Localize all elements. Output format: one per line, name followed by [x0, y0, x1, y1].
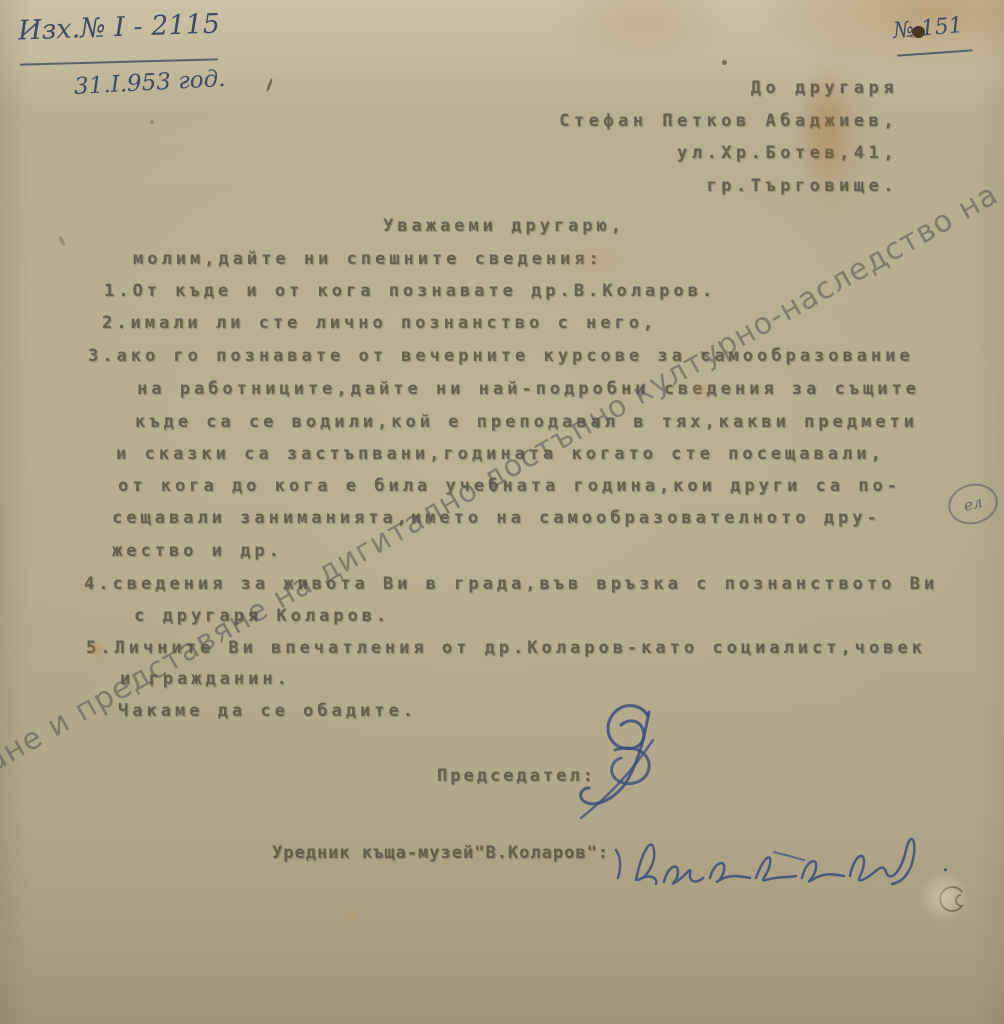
ref-date-handwritten: 31.I.953 год.: [73, 66, 226, 100]
circled-margin-note: ел: [944, 479, 1002, 530]
body-line: на работниците,дайте ни най-подробни све…: [137, 379, 920, 399]
doc-number-handwritten: № 151: [892, 13, 964, 44]
circled-note-text: ел: [962, 493, 984, 515]
ref-number-underline: [20, 58, 218, 65]
body-line: къде са се водили,кой е преподавал в тях…: [135, 412, 918, 432]
speck: [910, 34, 914, 38]
scanned-letter-document: { "header": { "ref_number": "Изх.№ I - 2…: [0, 0, 1004, 1024]
recipient-line: ул.Хр.Ботев,41,: [559, 137, 898, 170]
speck: [722, 60, 727, 65]
body-line-item1: 1.От къде и от кога познавате др.В.Колар…: [104, 281, 716, 301]
body-line: от кога до кога е била учебната година,к…: [118, 476, 901, 496]
curator-signature: [606, 816, 956, 901]
corner-curl-mark: [932, 880, 972, 920]
recipient-address: До другаря Стефан Петков Абаджиев, ул.Хр…: [559, 72, 898, 202]
body-line: сещавали заниманията,името на самообразо…: [112, 508, 881, 528]
salutation: Уважаеми другарю,: [383, 216, 625, 236]
closing-line: Чакаме да се обадите.: [118, 701, 417, 721]
speck: [150, 120, 154, 124]
body-line-item3: 3.ако го познавате от вечерните курсове …: [88, 346, 914, 366]
body-line-item4: 4.сведения за живота Ви в града,във връз…: [84, 574, 938, 594]
recipient-line: Стефан Петков Абаджиев,: [559, 105, 898, 138]
body-line: с другаря Коларов.: [134, 606, 390, 626]
body-line-item2: 2.имали ли сте лично познанство с него,: [102, 313, 657, 333]
curator-label: Уредник къща-музей"В.Коларов":: [272, 843, 609, 863]
body-line: жество и др.: [112, 541, 283, 561]
recipient-line: гр.Търговище.: [559, 170, 898, 203]
recipient-line: До другаря: [559, 72, 898, 105]
president-signature: [545, 698, 695, 828]
speck: [58, 236, 66, 247]
stain: [342, 908, 358, 922]
signature-period: .: [942, 852, 949, 877]
body-line: и сказки са застъпвани,годината когато с…: [116, 444, 885, 464]
intro-line: молим,дайте ни спешните сведения:: [133, 249, 603, 269]
ref-number-handwritten: Изх.№ I - 2115: [18, 8, 221, 46]
doc-number-underline: [897, 49, 973, 56]
speck: [266, 78, 274, 92]
body-line-item5: 5.Личните Ви впечатления от др.Коларов-к…: [86, 638, 926, 658]
body-line: и гражданин.: [120, 669, 291, 689]
